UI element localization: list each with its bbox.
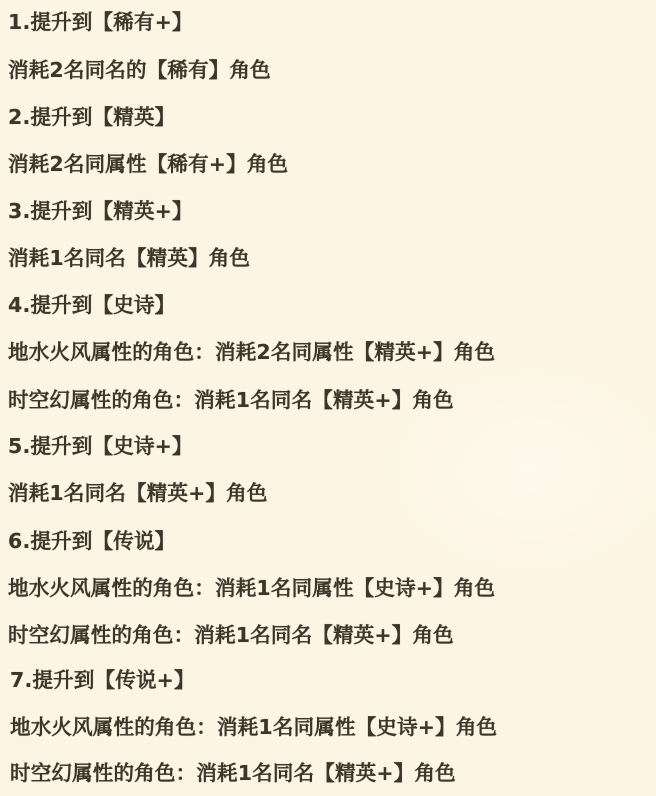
section-6-rule-special: 时空幻属性的角色：消耗1名同名【精英+】角色 xyxy=(8,620,454,650)
section-2-rule: 消耗2名同属性【稀有+】角色 xyxy=(8,149,288,179)
section-6-heading: 6.提升到【传说】 xyxy=(8,526,175,556)
upgrade-rules-document: 1.提升到【稀有+】 消耗2名同名的【稀有】角色 2.提升到【精英】 消耗2名同… xyxy=(0,0,656,796)
section-4-rule-elemental: 地水火风属性的角色：消耗2名同属性【精英+】角色 xyxy=(8,337,495,367)
section-6-rule-elemental: 地水火风属性的角色：消耗1名同属性【史诗+】角色 xyxy=(8,573,495,603)
section-5-rule: 消耗1名同名【精英+】角色 xyxy=(8,478,268,508)
section-4-rule-special: 时空幻属性的角色：消耗1名同名【精英+】角色 xyxy=(8,385,454,415)
section-7-rule-elemental: 地水火风属性的角色：消耗1名同属性【史诗+】角色 xyxy=(10,712,497,742)
section-1-rule: 消耗2名同名的【稀有】角色 xyxy=(8,55,271,85)
section-7-heading: 7.提升到【传说+】 xyxy=(10,665,195,695)
section-2-heading: 2.提升到【精英】 xyxy=(8,102,175,132)
section-7-rule-special: 时空幻属性的角色：消耗1名同名【精英+】角色 xyxy=(10,758,456,788)
section-3-heading: 3.提升到【精英+】 xyxy=(8,196,193,226)
section-5-heading: 5.提升到【史诗+】 xyxy=(8,431,193,461)
section-1-heading: 1.提升到【稀有+】 xyxy=(8,7,193,37)
section-3-rule: 消耗1名同名【精英】角色 xyxy=(8,243,250,273)
section-4-heading: 4.提升到【史诗】 xyxy=(8,290,175,320)
